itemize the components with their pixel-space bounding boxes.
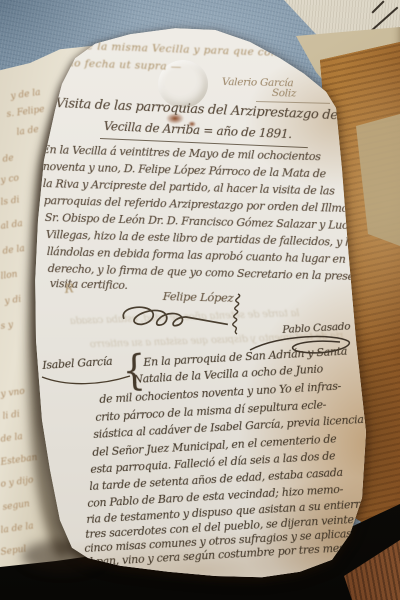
margin-brace: { [122,347,146,395]
manuscript-page: de la misma Vecilla y para que conste lo… [0,0,400,600]
previous-entry-rubric: Soliz [272,87,297,100]
margin-underline-flourish [40,374,132,388]
folio-number: 4.0 [341,33,354,43]
visit-heading-line2: Vecilla de Arriba = año de 1891. [103,119,292,141]
manuscript-photo: y de la s. Felipe la de de y co ls di al… [0,0,400,600]
previous-entry-line: mo fecha ut supra — [64,57,182,73]
margin-paraph: R [64,281,74,296]
visit-record-line: visita certifico. [50,277,128,292]
underline-stroke [256,101,330,104]
previous-entry-line: de la misma Vecilla y para que conste lo… [80,40,331,61]
manuscript-page-wrap: de la misma Vecilla y para que conste lo… [0,0,400,600]
burial-margin-name: Isabel García [42,355,113,372]
rubric-curl [224,290,252,336]
